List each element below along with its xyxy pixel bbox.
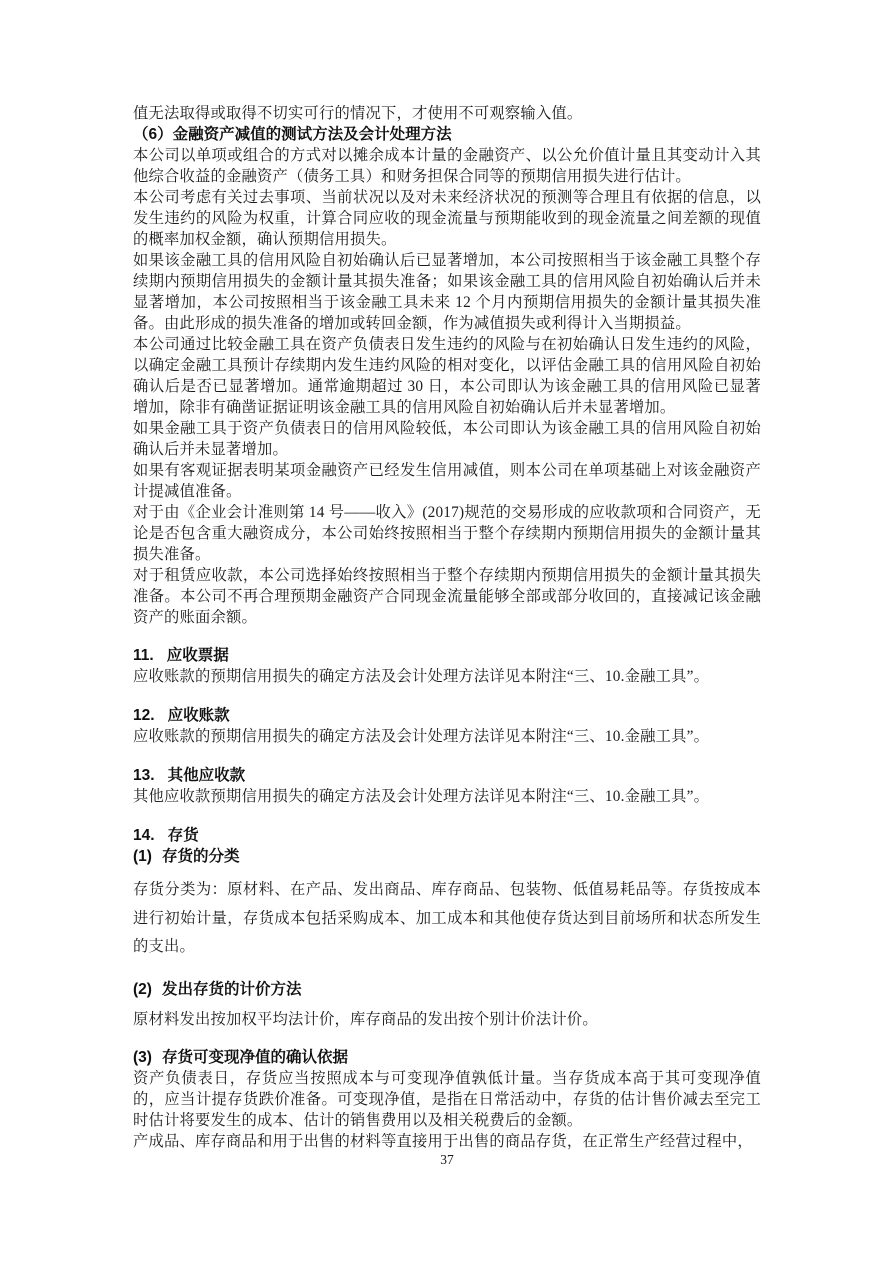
body-paragraph: 如果有客观证据表明某项金融资产已经发生信用减值，则本公司在单项基础上对该金融资产…	[133, 460, 761, 502]
section-12-paragraph: 应收账款的预期信用损失的确定方法及会计处理方法详见本附注“三、10.金融工具”。	[133, 726, 761, 747]
impairment-section-heading: （6）金融资产减值的测试方法及会计处理方法	[133, 124, 761, 145]
section-number: 14.	[133, 825, 155, 846]
section-13-heading: 13.其他应收款	[133, 765, 761, 786]
section-11-heading: 11.应收票据	[133, 645, 761, 666]
inventory-sub2-paragraph: 原材料发出按加权平均法计价，库存商品的发出按个别计价法计价。	[133, 1009, 761, 1030]
section-12-heading: 12.应收账款	[133, 705, 761, 726]
document-content: 值无法取得或取得不切实可行的情况下，才使用不可观察输入值。 （6）金融资产减值的…	[133, 103, 761, 1152]
section-14-heading: 14.存货	[133, 825, 761, 846]
section-11-paragraph: 应收账款的预期信用损失的确定方法及会计处理方法详见本附注“三、10.金融工具”。	[133, 666, 761, 687]
section-number: 11.	[133, 645, 154, 666]
section-number: 12.	[133, 705, 155, 726]
body-paragraph: 如果该金融工具的信用风险自初始确认后已显著增加，本公司按照相当于该金融工具整个存…	[133, 250, 761, 334]
body-paragraph: 对于由《企业会计准则第 14 号——收入》(2017)规范的交易形成的应收款项和…	[133, 502, 761, 565]
continuation-paragraph: 值无法取得或取得不切实可行的情况下，才使用不可观察输入值。	[133, 103, 761, 124]
section-title: 存货	[168, 827, 199, 844]
section-title: 应收账款	[168, 707, 230, 724]
body-paragraph: 本公司通过比较金融工具在资产负债表日发生违约的风险与在初始确认日发生违约的风险，…	[133, 334, 761, 418]
page-number-footer: 37	[133, 1152, 761, 1168]
subsection-title: 存货可变现净值的确认依据	[162, 1049, 348, 1066]
document-page: 值无法取得或取得不切实可行的情况下，才使用不可观察输入值。 （6）金融资产减值的…	[0, 0, 893, 1262]
section-title: 应收票据	[167, 647, 229, 664]
inventory-sub3-paragraph-2: 产成品、库存商品和用于出售的材料等直接用于出售的商品存货，在正常生产经营过程中，	[133, 1131, 761, 1152]
body-paragraph: 如果金融工具于资产负债表日的信用风险较低，本公司即认为该金融工具的信用风险自初始…	[133, 418, 761, 460]
inventory-sub1-heading: (1)存货的分类	[133, 846, 761, 867]
subsection-number: (3)	[133, 1047, 152, 1068]
inventory-sub1-paragraph: 存货分类为：原材料、在产品、发出商品、库存商品、包装物、低值易耗品等。存货按成本…	[133, 876, 761, 962]
inventory-sub3-paragraph: 资产负债表日，存货应当按照成本与可变现净值孰低计量。当存货成本高于其可变现净值的…	[133, 1068, 761, 1131]
section-number: 13.	[133, 765, 155, 786]
subsection-number: (1)	[133, 846, 152, 867]
subsection-title: 发出存货的计价方法	[162, 981, 302, 998]
inventory-sub3-heading: (3)存货可变现净值的确认依据	[133, 1047, 761, 1068]
section-title: 其他应收款	[168, 767, 246, 784]
subsection-number: (2)	[133, 979, 152, 1000]
body-paragraph: 本公司考虑有关过去事项、当前状况以及对未来经济状况的预测等合理且有依据的信息，以…	[133, 187, 761, 250]
inventory-sub2-heading: (2)发出存货的计价方法	[133, 979, 761, 1000]
subsection-title: 存货的分类	[162, 848, 240, 865]
body-paragraph: 对于租赁应收款，本公司选择始终按照相当于整个存续期内预期信用损失的金额计量其损失…	[133, 565, 761, 628]
body-paragraph: 本公司以单项或组合的方式对以摊余成本计量的金融资产、以公允价值计量且其变动计入其…	[133, 145, 761, 187]
section-13-paragraph: 其他应收款预期信用损失的确定方法及会计处理方法详见本附注“三、10.金融工具”。	[133, 786, 761, 807]
